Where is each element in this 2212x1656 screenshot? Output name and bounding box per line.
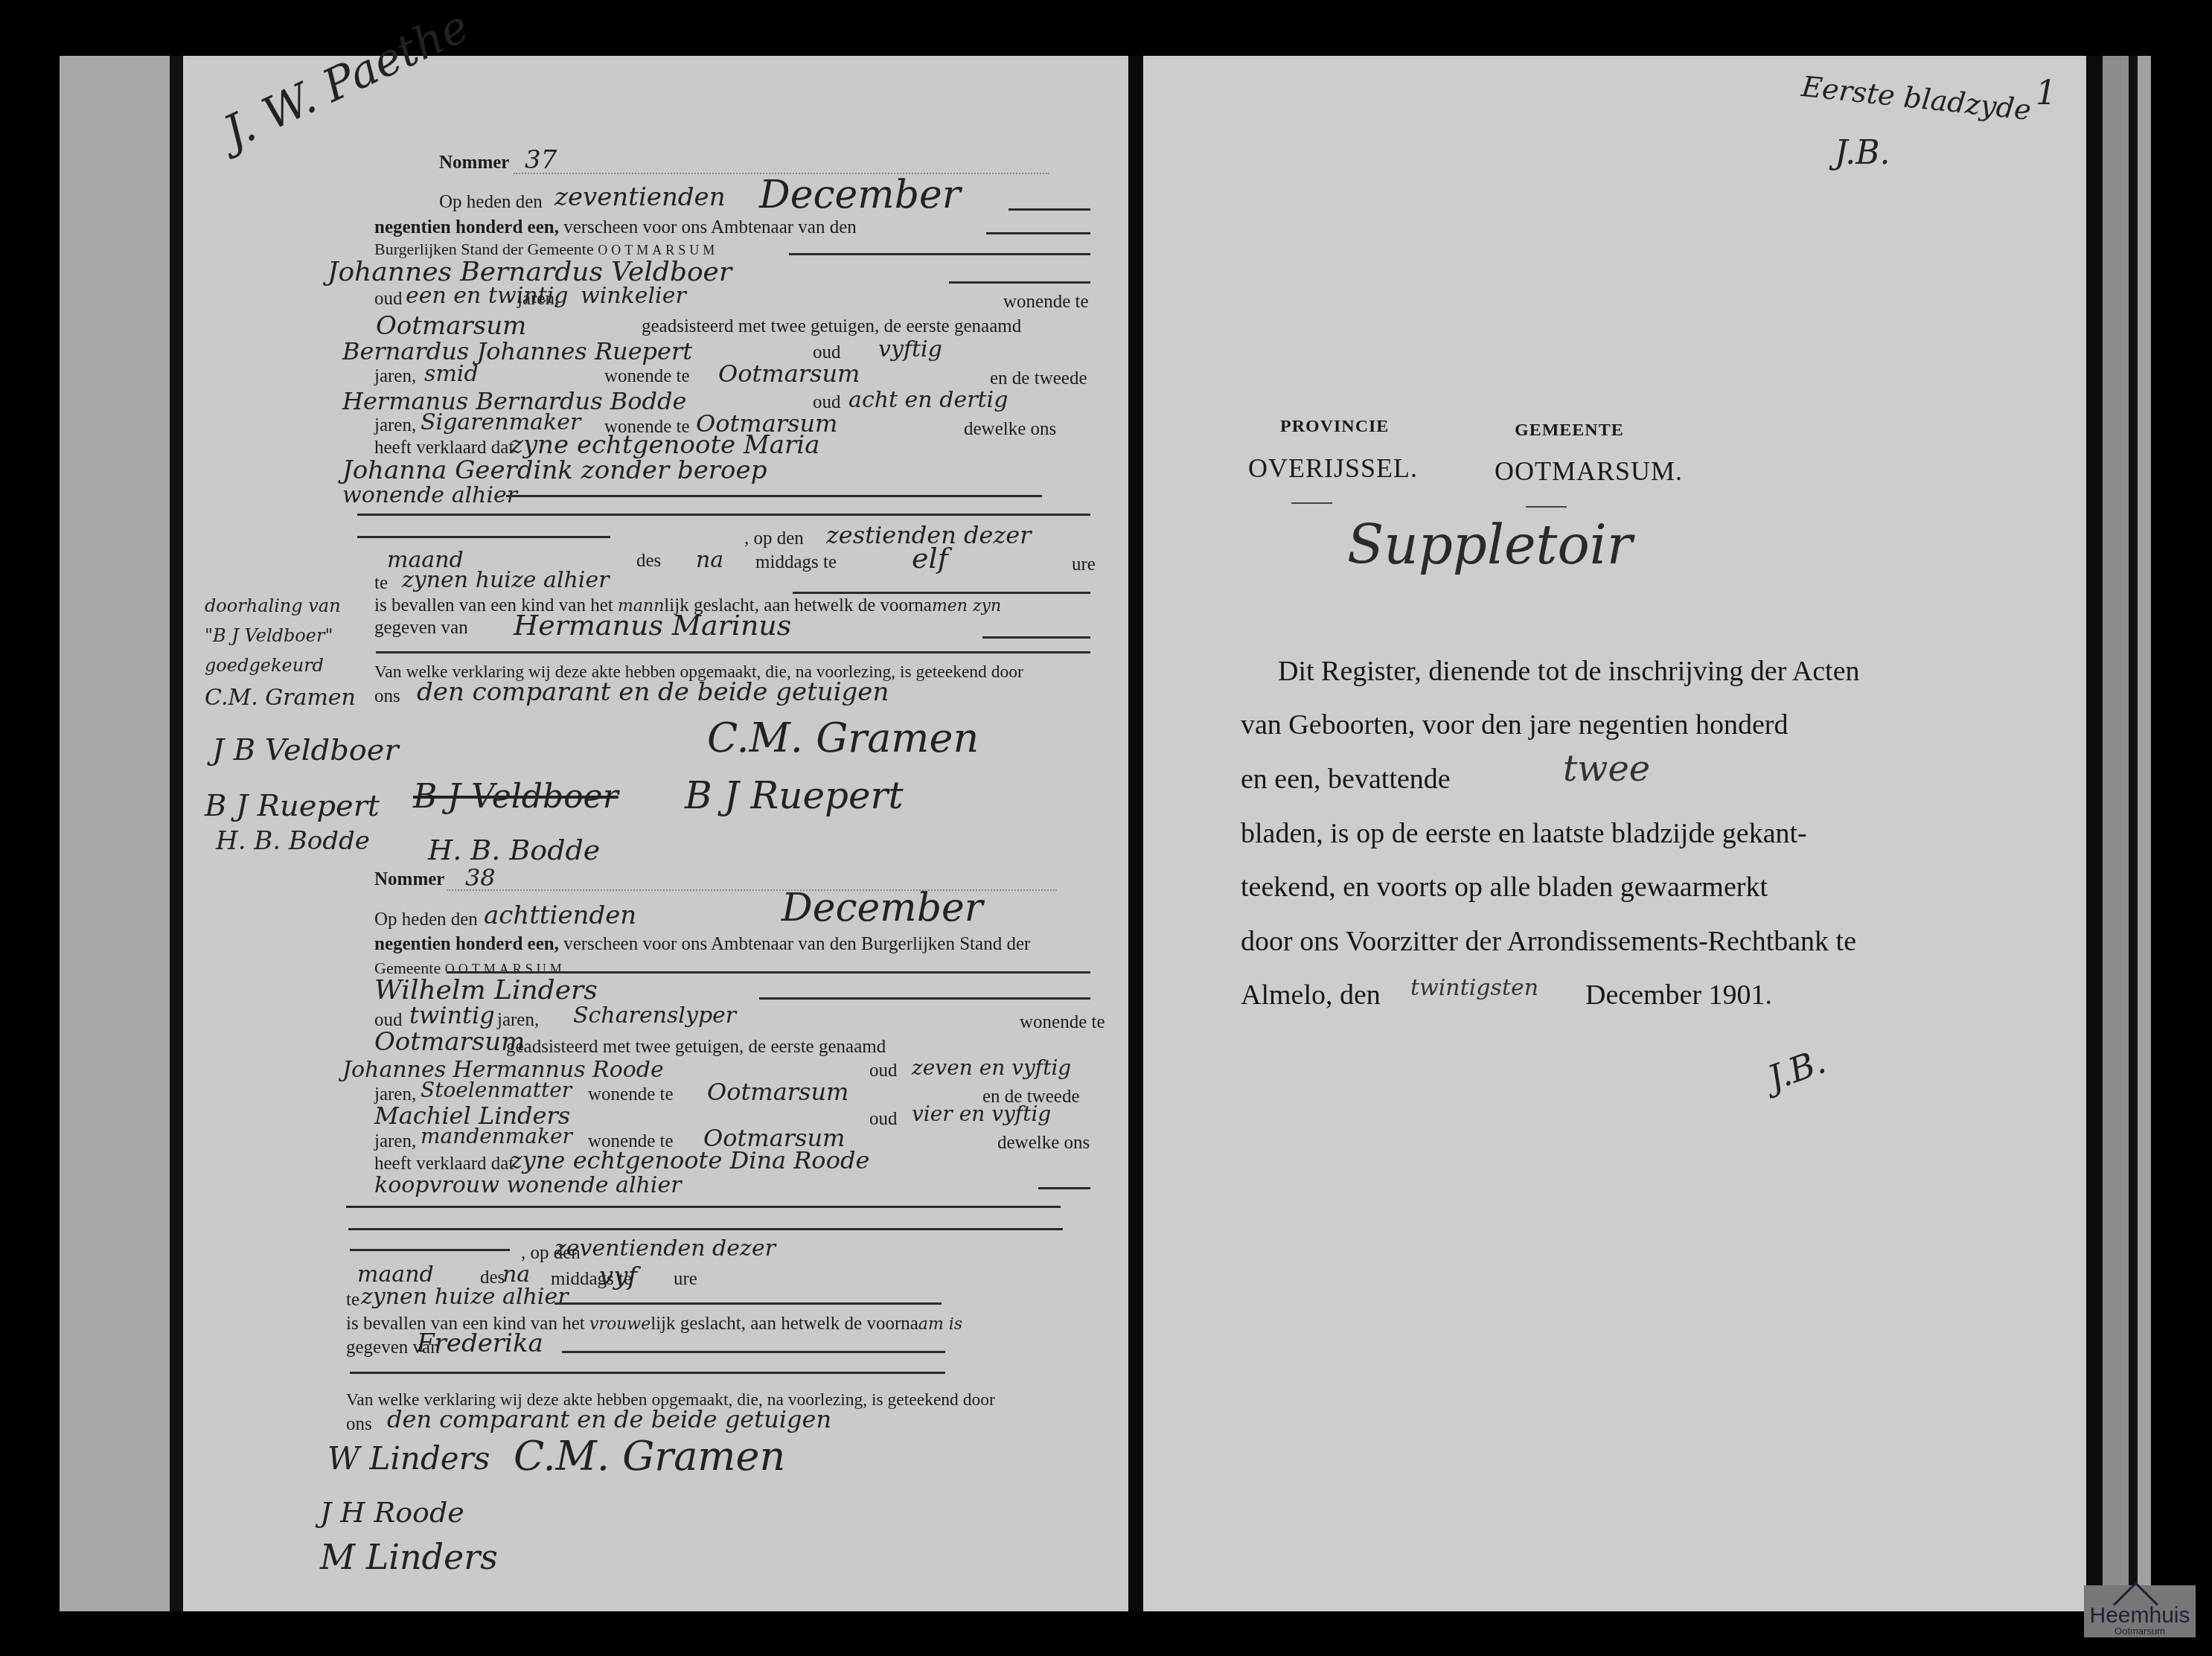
month-field: December (759, 173, 961, 217)
child-sex: vrouwe (589, 1315, 651, 1334)
body-line: Dit Register, dienende tot de inschrijvi… (1278, 655, 1860, 688)
signature: B J Ruepert (685, 774, 904, 817)
municipality: OOTMARSUM (598, 243, 718, 258)
signature-struck: B J Veldboer (413, 778, 618, 816)
signature: H. B. Bodde (428, 834, 600, 866)
static-text: des (636, 551, 661, 572)
static-text: gegeven van (374, 618, 468, 639)
static-text: oud (374, 289, 403, 310)
ruled-line (1008, 208, 1090, 211)
static-text: wonende te (1020, 1012, 1105, 1033)
witness1-occupation: smid (424, 361, 479, 387)
closing-handwritten: den comparant en de beide getuigen (387, 1405, 831, 1433)
ruled-line (554, 1302, 942, 1305)
static-text: geadsisteerd met twee getuigen, de eerst… (642, 316, 1021, 337)
ruled-line (562, 1351, 945, 1353)
right-edge-bar (2129, 56, 2138, 1611)
ruled-line (350, 1372, 945, 1374)
divider (1291, 502, 1332, 504)
spouse-line1: zyne echtgenoote Dina Roode (510, 1146, 869, 1174)
static-text: wonende te (588, 1084, 674, 1105)
register-type: Suppletoir (1347, 514, 1632, 576)
closing-handwritten: den comparant en de beide getuigen (417, 677, 889, 707)
sheet-count: twee (1563, 748, 1650, 790)
spouse-line3: wonende alhier (342, 482, 517, 508)
static-text: ons (346, 1414, 372, 1435)
static-text-bold: negentien honderd een, (374, 217, 559, 237)
static-text: ons (374, 686, 400, 707)
witness2-age: acht en dertig (848, 387, 1008, 413)
child-name: Frederika (417, 1329, 543, 1358)
margin-note-line: doorhaling van (205, 595, 341, 616)
margin-note-signature: C.M. Gramen (205, 685, 356, 711)
date-day: twintigsten (1410, 975, 1538, 1001)
witness2-occupation: mandenmaker (421, 1124, 572, 1148)
static-text: Burgerlijken Stand der Gemeente (374, 240, 594, 258)
center-gutter (1128, 56, 1143, 1611)
logo-name: Heemhuis (2084, 1603, 2196, 1628)
static-text: wonende te (604, 366, 690, 387)
birth-hour: elf (912, 542, 948, 575)
corner-signature: J.B. (1835, 134, 1890, 172)
day-field: achttienden (484, 901, 636, 930)
signature: B J Ruepert (205, 789, 380, 823)
birth-day: zeventienden dezer (554, 1235, 776, 1262)
voornamen-suffix: men zyn (932, 597, 1001, 616)
declarant-occupation: winkelier (581, 283, 686, 309)
ruled-line (789, 253, 1090, 255)
static-text: jaren, (374, 415, 416, 436)
spouse-line2: Johanna Geerdink zonder beroep (342, 455, 767, 485)
witness1-occupation: Stoelenmatter (421, 1078, 572, 1102)
child-name: Hermanus Marinus (514, 609, 791, 642)
signature: M Linders (320, 1537, 498, 1577)
static-text: dewelke ons (964, 419, 1056, 440)
signature: J B Veldboer (212, 733, 399, 767)
voornamen-suffix: am is (918, 1315, 962, 1334)
ruled-line (357, 514, 1090, 516)
right-edge-bar (2138, 56, 2151, 1611)
static-text: geadsisteerd met twee getuigen, de eerst… (506, 1037, 886, 1058)
birth-ampm: na (696, 547, 723, 573)
birth-place: zynen huize alhier (361, 1284, 569, 1310)
static-text: lijk geslacht, aan hetwelk de voorna (651, 1314, 918, 1334)
signature-registrar: C.M. Gramen (514, 1433, 785, 1480)
body-line: bladen, is op de eerste en laatste bladz… (1241, 817, 1807, 850)
static-text: middags te (755, 552, 837, 573)
static-text: verscheen voor ons Ambtenaar van den (563, 217, 857, 237)
left-binding-line (170, 56, 183, 1611)
static-text-bold: negentien honderd een, (374, 934, 559, 954)
right-edge-bar (2103, 56, 2129, 1611)
body-line: Almelo, den (1241, 979, 1381, 1011)
witness2-age: vier en vyftig (912, 1102, 1051, 1126)
ruled-line (949, 281, 1090, 284)
static-text: oud (869, 1061, 898, 1081)
spouse-line2: koopvrouw wonende alhier (374, 1172, 682, 1198)
witness1-age: zeven en vyftig (912, 1055, 1071, 1080)
body-line: van Geboorten, voor den jare negentien h… (1241, 709, 1788, 741)
number-label: Nommer (374, 869, 444, 890)
margin-note-line: "B J Veldboer" (205, 625, 333, 646)
ruled-line (759, 997, 1090, 1000)
declarant-age: twintig (409, 1001, 495, 1029)
entry-number: 37 (525, 145, 557, 175)
municipality: OOTMARSUM (445, 962, 566, 976)
ruled-line (346, 1206, 1061, 1208)
divider (1526, 506, 1567, 508)
declarant-occupation: Scharenslyper (573, 1003, 736, 1029)
signature: W Linders (327, 1440, 490, 1477)
static-text: oud (869, 1109, 898, 1130)
static-text: te (374, 573, 388, 594)
static-text: wonende te (1003, 292, 1089, 313)
body-line: en een, bevattende (1241, 763, 1451, 796)
ruled-line (376, 651, 1090, 653)
heemhuis-logo: Heemhuis Ootmarsum (2084, 1585, 2196, 1637)
margin-note-line: goedgekeurd (205, 655, 324, 676)
ruled-line (982, 636, 1090, 639)
right-edge-bar (2086, 56, 2103, 1611)
static-text: en de tweede (990, 368, 1087, 389)
birth-place: zynen huize alhier (402, 567, 610, 593)
static-text: te (346, 1290, 359, 1311)
static-text: , op den (744, 528, 804, 549)
municipality-label: GEMEENTE (1515, 421, 1624, 441)
province: OVERIJSSEL. (1248, 453, 1418, 484)
static-text: verscheen voor ons Ambtenaar van den Bur… (563, 934, 1030, 954)
witness1-name: Bernardus Johannes Ruepert (342, 337, 692, 365)
day-field: zeventienden (554, 182, 726, 212)
witness1-residence: Ootmarsum (718, 359, 860, 388)
witness1-age: vyftig (878, 336, 942, 362)
logo-subtitle: Ootmarsum (2084, 1625, 2196, 1637)
province-label: PROVINCIE (1280, 417, 1389, 437)
ruled-line (350, 1249, 510, 1251)
ruled-line (793, 592, 1090, 594)
ruled-line (1038, 1187, 1090, 1189)
birth-hour: vyf (599, 1262, 637, 1291)
ruled-line (348, 1228, 1063, 1230)
static-text: dewelke ons (997, 1133, 1090, 1154)
static-text: heeft verklaard dat (374, 1154, 514, 1174)
date-rest: December 1901. (1585, 979, 1772, 1011)
left-page-edge (60, 56, 171, 1611)
entry-number: 38 (465, 863, 496, 892)
body-line: teekend, en voorts op alle bladen gewaar… (1241, 871, 1768, 904)
static-text: ure (674, 1269, 697, 1290)
declarant-residence: Ootmarsum (374, 1027, 525, 1057)
witness1-residence: Ootmarsum (707, 1078, 848, 1106)
declarant-residence: Ootmarsum (376, 311, 526, 341)
static-text: Op heden den (439, 192, 543, 213)
ruled-line (447, 971, 1090, 974)
static-text: jaren, (374, 1131, 416, 1152)
static-text: jaren, (374, 366, 416, 387)
static-text: ure (1072, 554, 1096, 575)
number-label: Nommer (439, 153, 509, 173)
signature: J H Roode (320, 1496, 464, 1529)
static-text: jaren, (517, 289, 559, 310)
municipality: OOTMARSUM. (1495, 455, 1683, 487)
page-number: 1 (2036, 74, 2056, 112)
ruled-line (986, 232, 1090, 234)
signature-registrar: C.M. Gramen (707, 714, 979, 761)
ruled-line (357, 536, 610, 538)
body-line: door ons Voorzitter der Arrondissements-… (1241, 925, 1856, 958)
signature: H. B. Bodde (216, 826, 370, 856)
static-text: Op heden den (374, 909, 478, 930)
month-field: December (781, 886, 983, 930)
ruled-line (506, 495, 1042, 497)
